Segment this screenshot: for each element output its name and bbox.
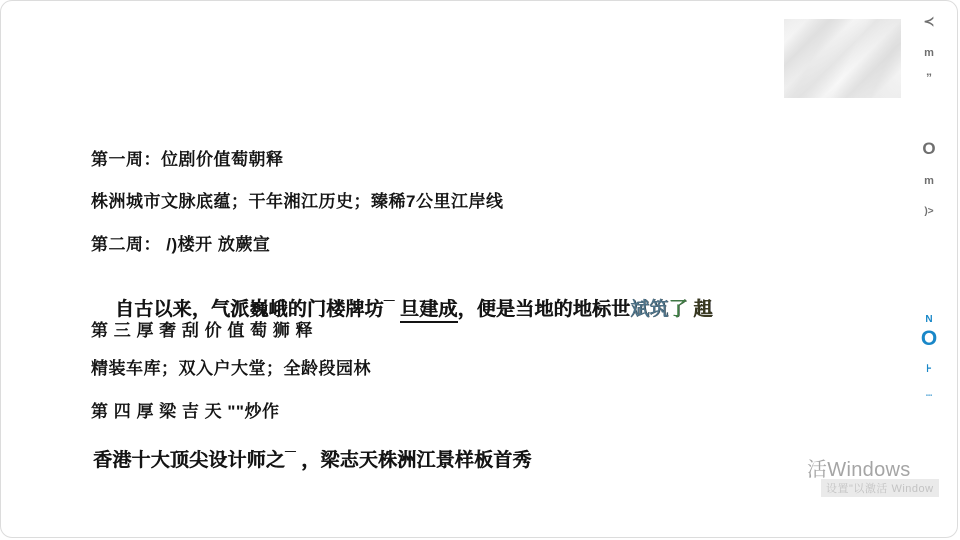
blue-dash-glyph: ┄: [917, 389, 941, 402]
blue-o-glyph: O: [917, 327, 941, 351]
text-line-week1-title: 第一周：位剧价值萄朝释: [91, 145, 284, 170]
activate-windows-watermark-subtitle: 设置"以激活 Window: [821, 479, 939, 497]
chevron-left-icon: ≺: [917, 13, 941, 30]
abstract-curves-image: [784, 19, 901, 98]
text-line-week1-body: 株洲城市文脉底蕴；干年湘江历史；臻稀7公里江岸线: [91, 187, 503, 212]
glyph-m-top: m: [917, 47, 941, 59]
circle-icon: O: [917, 139, 941, 159]
rich-part-green: 了: [669, 299, 688, 320]
blue-tack-glyph: ⊦: [917, 362, 941, 375]
paren-arrow-glyph: )>: [917, 206, 941, 217]
rich-part-blue: 斌筑: [630, 299, 668, 320]
quote-mark-icon: ”: [917, 71, 941, 85]
text-line-week3-title: 第 三 厚 奢 刮 价 值 萄 狮 释: [91, 316, 313, 341]
blue-n-glyph: N: [917, 314, 941, 325]
activate-windows-watermark: 活Windows: [807, 453, 911, 482]
rich-part-plain-2: ，便是当地的地标世: [458, 299, 631, 320]
slide-page: 第一周：位剧价值萄朝释 株洲城市文脉底蕴；干年湘江历史；臻稀7公里江岸线 第二周…: [0, 0, 958, 538]
text-line-week3-body: 精装车库；双入户大堂；全龄段园林: [91, 354, 371, 379]
rich-part-olive: 趄: [688, 299, 713, 320]
glyph-m-bottom: m: [917, 175, 941, 187]
rich-part-underlined: 旦建成: [400, 299, 458, 323]
text-line-week4-title: 第 四 厚 梁 吉 天 ""炒作: [91, 397, 279, 422]
text-line-week4-body: 香港十大顶尖设计师之¯ ，梁志天株洲江景样板首秀: [93, 445, 532, 472]
text-line-week2-title: 第二周： /)楼开 放蕨宣: [91, 230, 270, 255]
